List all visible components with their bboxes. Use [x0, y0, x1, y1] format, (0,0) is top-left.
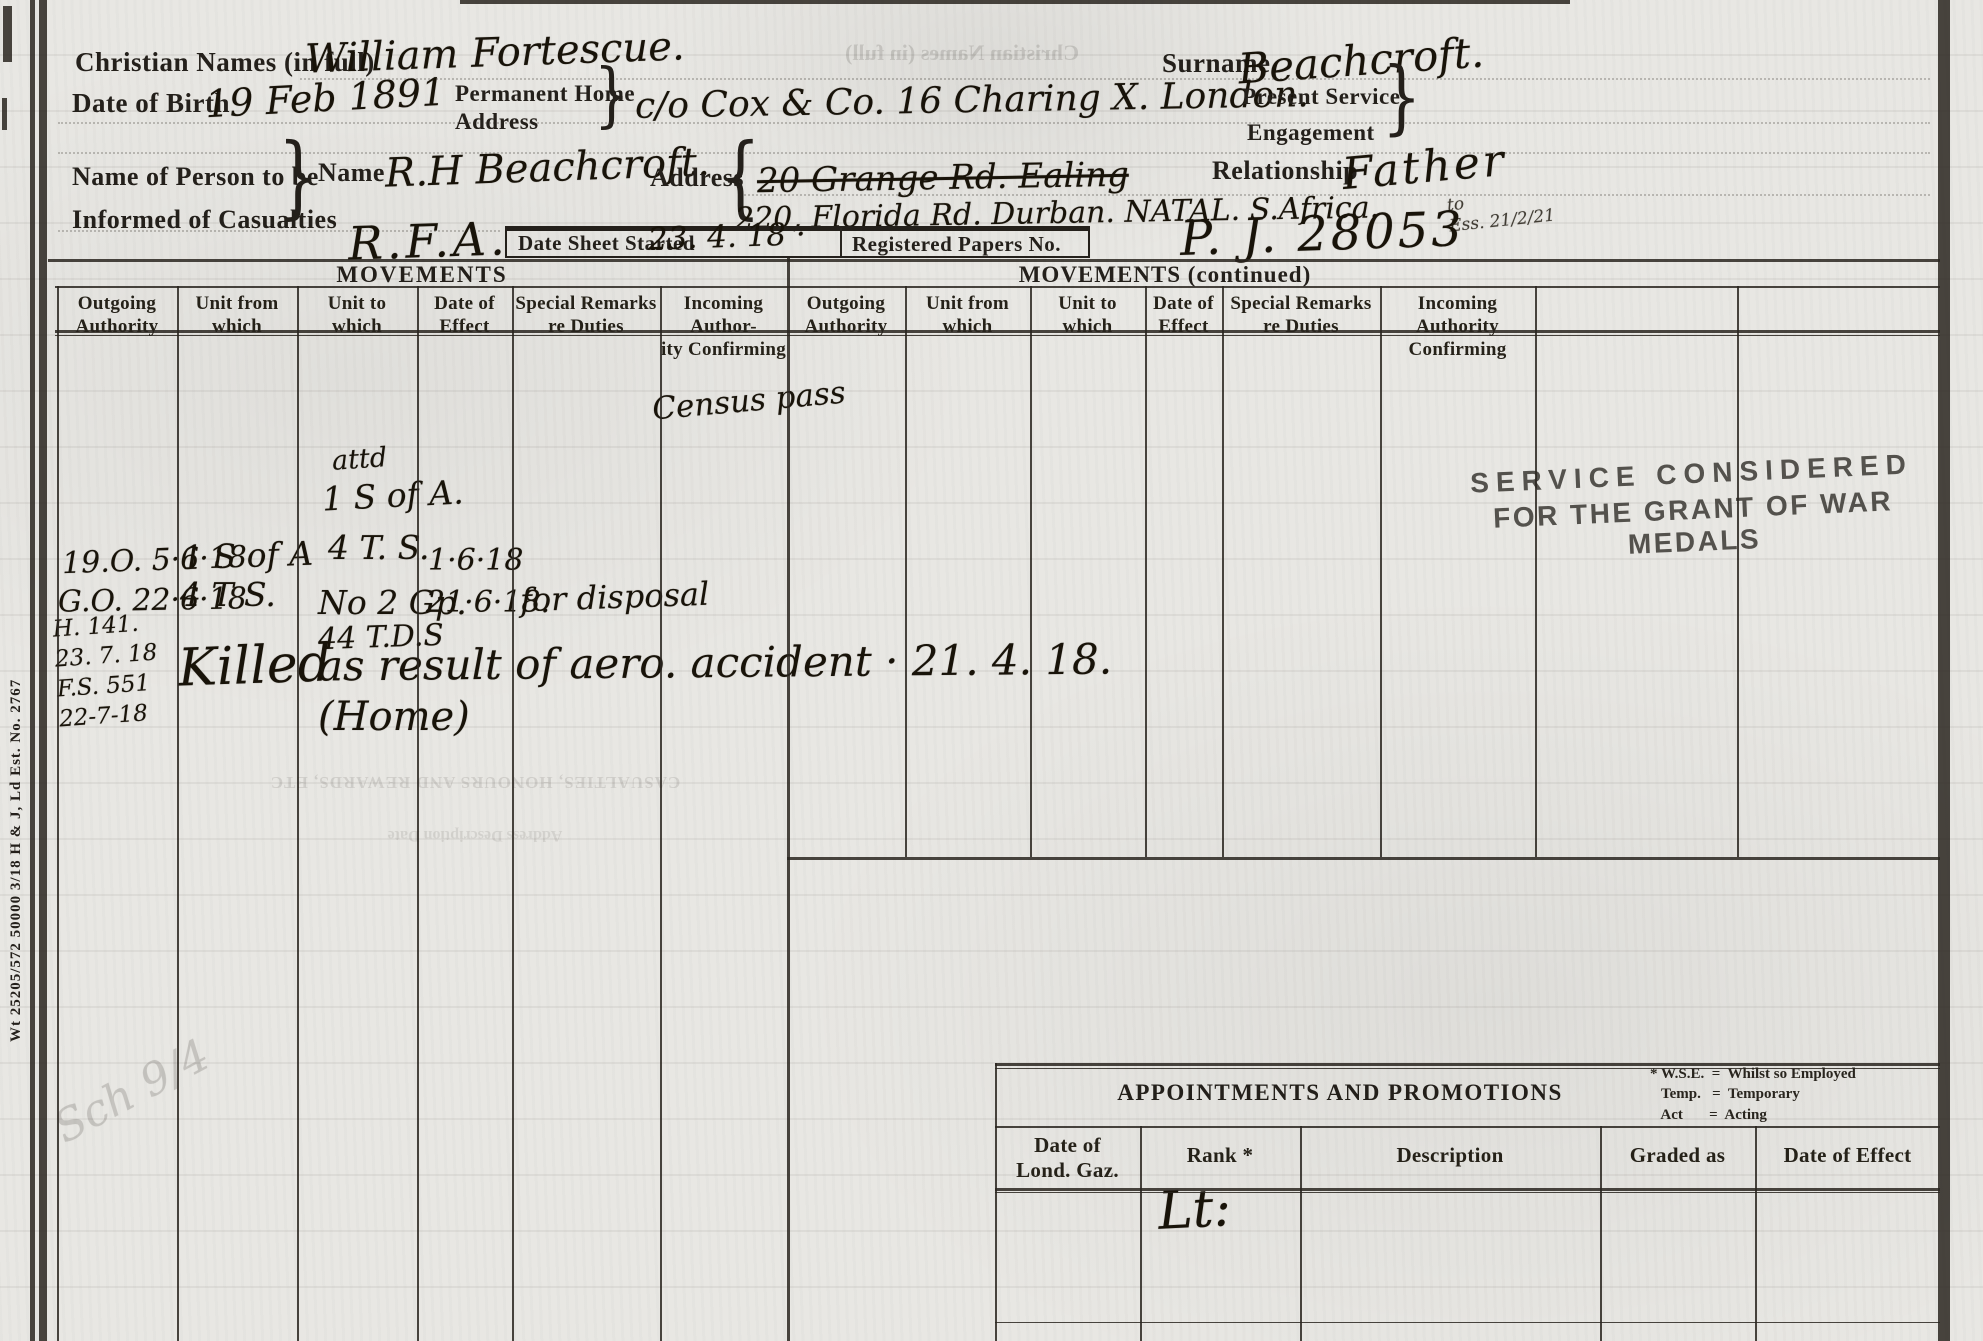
grid-line-vertical: [1938, 0, 1950, 1341]
appt-col-rank: Rank *: [1140, 1143, 1300, 1168]
service-record-sheet: Wt 25205/572 50000 3/18 H & J, Ld Est. N…: [0, 0, 1983, 1341]
show-through-labels: Address Description Date: [205, 826, 745, 844]
grid-line-vertical: [39, 0, 47, 1341]
entry-unit-note: 1 S of A.: [321, 472, 464, 518]
entry-attached-note: attd: [331, 442, 388, 477]
entry-death-killed: Killed: [177, 633, 332, 698]
grid-line-vertical: [30, 0, 35, 1341]
grid-line-horizontal: [995, 1126, 1940, 1128]
grid-line-horizontal: [995, 1063, 1940, 1066]
grid-line-vertical: [1300, 1126, 1302, 1341]
ruled-dotted-line: [300, 78, 1930, 80]
brace-casualty-name: }: [278, 133, 319, 223]
grid-line-vertical: [1755, 1126, 1757, 1341]
grid-line-vertical: [787, 258, 790, 1341]
brace-home-address: }: [594, 61, 630, 131]
entry-row1-unit-to: 4 T. S.: [328, 528, 430, 567]
name-label: Name: [318, 158, 385, 188]
grid-line-horizontal: [995, 1192, 1940, 1193]
entry-row1-date: 1·6·18: [428, 543, 523, 578]
entry-row2-remarks: for disposal: [519, 575, 709, 620]
grid-line-horizontal: [55, 286, 1940, 288]
grid-line-vertical: [2, 98, 7, 130]
ruled-dotted-line: [740, 194, 1930, 196]
grid-line-vertical: [1535, 286, 1537, 857]
war-medals-stamp: SERVICE CONSIDERED FOR THE GRANT OF WAR …: [1436, 447, 1950, 569]
grid-line-vertical: [1737, 286, 1739, 857]
present-service-label: Present Service: [1242, 84, 1400, 110]
entry-row1-unit-from: 1 S of A: [181, 534, 313, 578]
grid-line-vertical: [57, 286, 59, 1341]
grid-line-vertical: [995, 1063, 997, 1341]
grid-line-vertical: [1380, 286, 1382, 857]
date-sheet-started-value: 23. 4. 18 ·: [647, 216, 806, 257]
ruled-dotted-line: [58, 122, 1930, 124]
grid-line-horizontal: [995, 1188, 1940, 1191]
col-incoming-authority: Incoming Author- ity Confirming: [660, 293, 787, 361]
grid-line-horizontal: [55, 330, 1940, 333]
entry-incoming-note: Census pass: [651, 375, 847, 428]
grid-line-vertical: [297, 286, 299, 1341]
papers-number-value: P. J. 28053: [1179, 201, 1466, 267]
grid-line-vertical: [905, 286, 907, 857]
ruled-dotted-line: [58, 152, 1930, 154]
grid-line-horizontal: [55, 335, 1940, 336]
grid-line-horizontal: [995, 1068, 1940, 1069]
grid-line-horizontal: [995, 1322, 1940, 1323]
grid-line-vertical: [1600, 1126, 1602, 1341]
grid-line-vertical: [1140, 1126, 1142, 1341]
grid-line-vertical: [512, 286, 514, 1341]
grid-line-vertical: [1145, 286, 1147, 857]
grid-line-vertical: [1030, 286, 1032, 857]
permanent-home-address-value: c/o Cox & Co. 16 Charing X. London.: [635, 74, 1309, 127]
col2-incoming-authority: Incoming Authority Confirming: [1380, 293, 1535, 361]
appointments-legend: * W.S.E. = Whilst so Employed Temp. = Te…: [1650, 1064, 1856, 1125]
ruled-dotted-line: [58, 230, 500, 232]
legend-temp: Temp. = Temporary: [1650, 1084, 1856, 1104]
appt-col-graded-as: Graded as: [1600, 1143, 1755, 1168]
grid-line-horizontal: [48, 259, 1940, 262]
legend-act: Act = Acting: [1650, 1105, 1856, 1125]
entry-death-authority: H. 141. 23. 7. 18 F.S. 551 22-7-18: [52, 609, 163, 735]
registered-papers-label: Registered Papers No.: [852, 232, 1061, 257]
appt-col-lond-gaz: Date of Lond. Gaz.: [995, 1133, 1140, 1183]
margin-imprint: Wt 25205/572 50000 3/18 H & J, Ld Est. N…: [8, 562, 25, 1042]
pencil-note: Sch 9/4: [46, 1030, 218, 1154]
grid-line-horizontal: [460, 0, 1570, 4]
entry-row2-unit-from: 4 T S.: [180, 575, 276, 614]
show-through-mirrored-header: Christian Names (in full): [845, 40, 1079, 66]
show-through-caption: CASUALTIES, HONOURS AND REWARDS, ETC: [215, 772, 735, 792]
movements-title: MOVEMENTS: [257, 262, 587, 288]
appt-col-description: Description: [1300, 1143, 1600, 1168]
entry-death-detail: as result of aero. accident · 21. 4. 18.: [318, 635, 1113, 691]
appointments-title: APPOINTMENTS AND PROMOTIONS: [1100, 1080, 1580, 1106]
entry-death-home: (Home): [318, 694, 470, 740]
appt-col-date-effect: Date of Effect: [1755, 1143, 1940, 1168]
grid-line-horizontal: [787, 857, 1940, 860]
movements-continued-title: MOVEMENTS (continued): [965, 262, 1365, 288]
grid-line-vertical: [177, 286, 179, 1341]
grid-line-vertical: [417, 286, 419, 1341]
relationship-label: Relationship: [1212, 156, 1358, 186]
date-sheet-box-divider: [840, 228, 842, 256]
grid-line-vertical: [660, 286, 662, 1341]
grid-line-vertical: [3, 6, 12, 62]
brace-present-service: }: [1382, 57, 1421, 138]
grid-line-vertical: [1222, 286, 1224, 857]
